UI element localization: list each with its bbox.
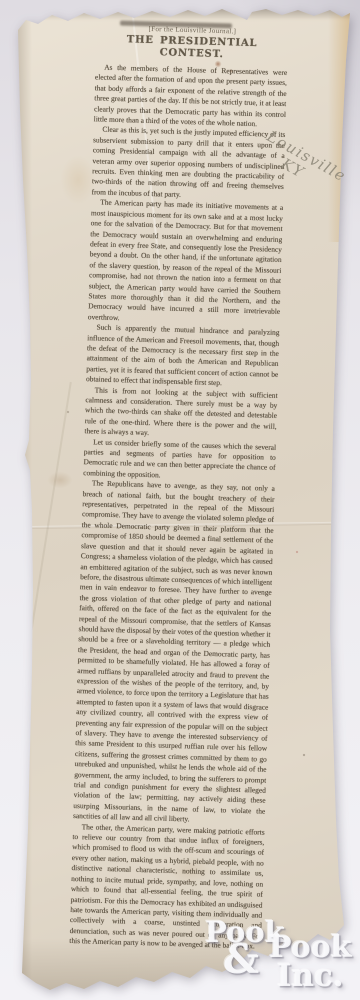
paragraph: The American party has made its initiati…: [88, 198, 284, 329]
article-headline: THE PRESIDENTIAL CONTEST.: [96, 33, 289, 63]
paragraph: This is from not looking at the subject …: [84, 385, 277, 443]
yellowed-edge: [328, 12, 350, 242]
paragraph: As the members of the House of Represent…: [94, 62, 288, 130]
torn-top-edge: [0, 5, 360, 20]
left-edge-shading: [16, 0, 32, 1000]
printed-column: [For the Louisville Journal.] THE PRESID…: [69, 23, 289, 967]
paragraph: Clear as this is, yet such is the justly…: [91, 125, 285, 204]
watermark-word: Inc.: [277, 958, 344, 994]
paragraph: Let us consider briefly some of the caus…: [83, 437, 276, 484]
watermark-ampersand-icon: &: [223, 936, 259, 983]
article-body: As the members of the House of Represent…: [69, 62, 288, 967]
photo-background: [For the Louisville Journal.] THE PRESID…: [0, 0, 360, 1000]
paragraph: Such is apparently the mutual hindrance …: [86, 322, 280, 390]
paragraph: The Republicans have to avenge, as they …: [73, 478, 275, 827]
